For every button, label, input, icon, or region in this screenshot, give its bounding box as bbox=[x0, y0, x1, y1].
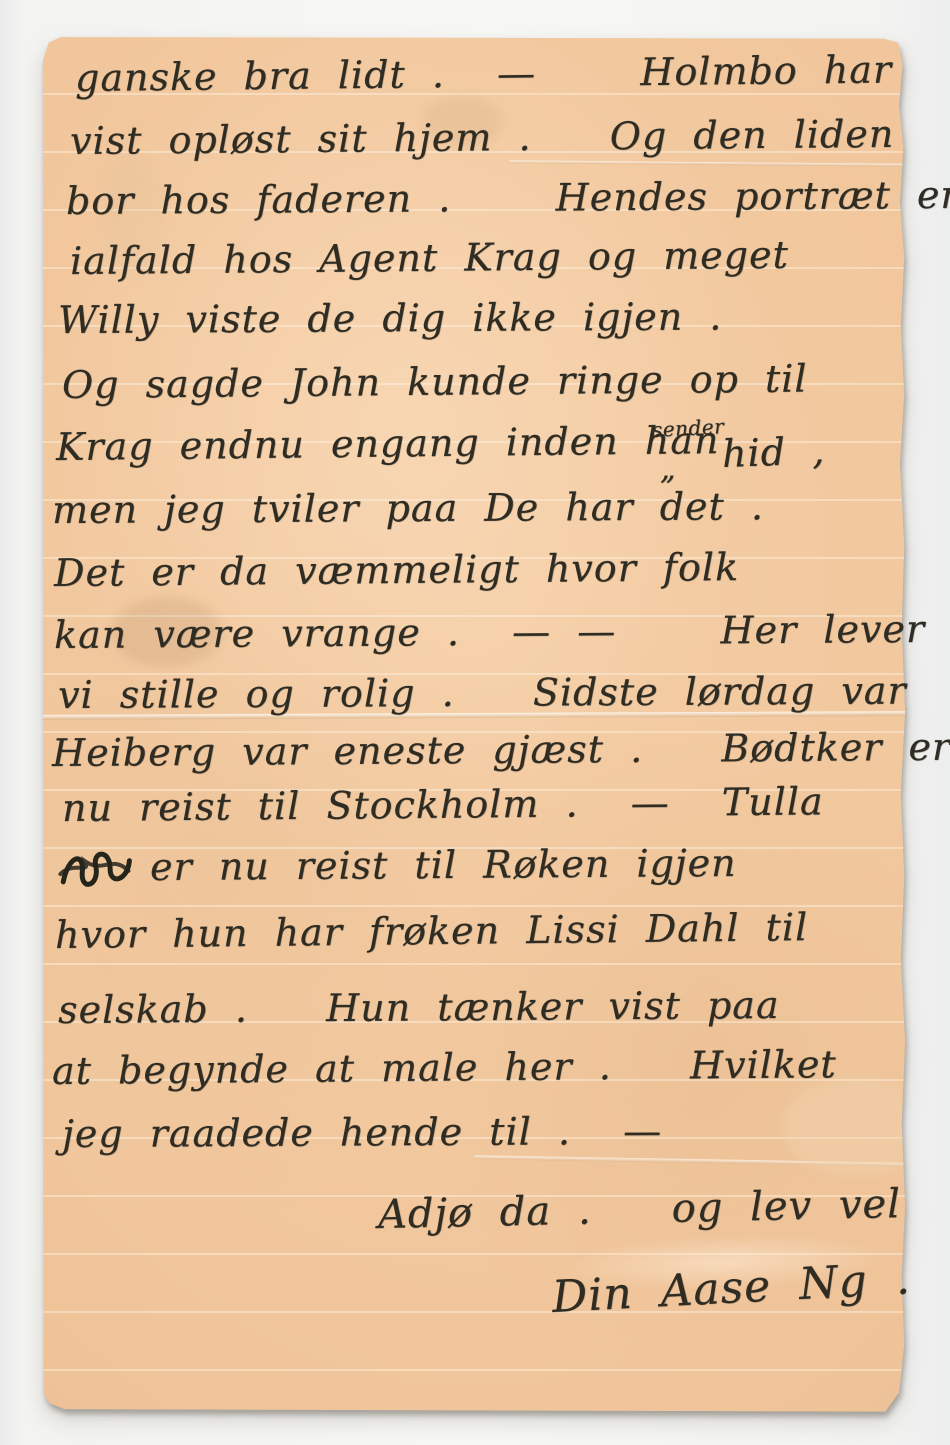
insertion-caret: „ bbox=[660, 452, 677, 487]
handwriting-line-2: vist opløst sit hjem . Og den liden bbox=[70, 112, 895, 163]
handwriting-line-6: Og sagde John kunde ringe op til bbox=[62, 356, 808, 407]
scribbled-out-word bbox=[54, 840, 145, 897]
handwriting-line-4: ialfald hos Agent Krag og meget bbox=[70, 233, 789, 283]
handwriting-line-10: kan være vrange . — — Her lever bbox=[54, 607, 925, 657]
handwriting-line-12: Heiberg var eneste gjæst . Bødtker er bbox=[52, 725, 950, 775]
handwriting-line-17: at begynde at male her . Hvilket bbox=[52, 1042, 837, 1093]
handwriting-line-9: Det er da væmmeligt hvor folk bbox=[54, 545, 739, 595]
handwriting-line-7: Krag endnu engang inden han bbox=[56, 418, 720, 469]
handwriting-line-7-suffix: hid , bbox=[721, 428, 826, 476]
handwriting-line-18: jeg raadede hende til . — bbox=[62, 1109, 662, 1156]
scan-background: ganske bra lidt . — Holmbo har vist oplø… bbox=[0, 0, 950, 1445]
handwriting-line-14: er nu reist til Røken igjen bbox=[150, 841, 737, 889]
handwriting-line-15: hvor hun har frøken Lissi Dahl til bbox=[55, 905, 809, 957]
inserted-word-above-line: sender bbox=[651, 414, 724, 442]
closing-line: Adjø da . og lev vel bbox=[378, 1181, 902, 1238]
handwriting-line-5: Willy viste de dig ikke igjen . bbox=[58, 295, 723, 342]
handwritten-text-layer: ganske bra lidt . — Holmbo har vist oplø… bbox=[0, 0, 950, 1445]
handwriting-line-11: vi stille og rolig . Sidste lørdag var bbox=[58, 669, 907, 717]
signature: Din Aase Ng . bbox=[551, 1253, 912, 1323]
handwriting-line-13: nu reist til Stockholm . — Tulla bbox=[62, 779, 824, 830]
handwriting-line-1: ganske bra lidt . — Holmbo har bbox=[75, 47, 893, 100]
handwriting-line-16: selskab . Hun tænker vist paa bbox=[58, 983, 780, 1032]
handwriting-line-3: bor hos faderen . Hendes portræt er bbox=[66, 173, 950, 223]
handwriting-line-8: men jeg tviler paa De har det . bbox=[52, 484, 764, 532]
